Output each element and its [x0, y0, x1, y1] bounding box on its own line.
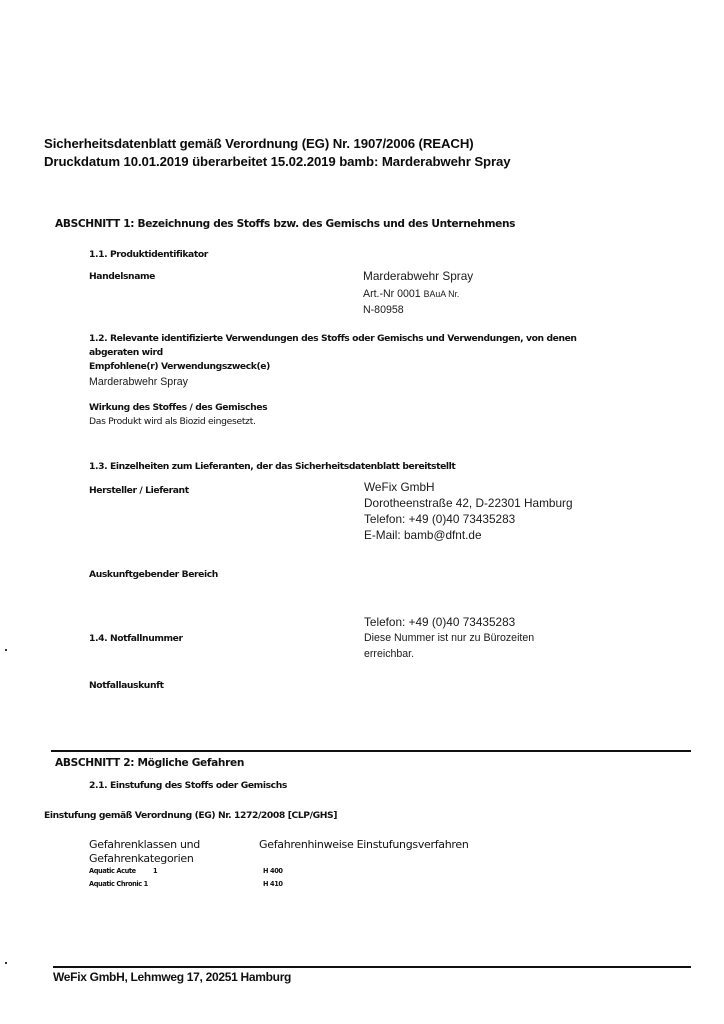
- baua-label: BAuA Nr.: [424, 289, 460, 299]
- table-header-class-line1: Gefahrenklassen und: [89, 838, 200, 852]
- article-number-value: Art.-Nr 0001: [363, 288, 421, 300]
- table-row-2-class: Aquatic Chronic 1: [89, 880, 148, 888]
- section-1-2-heading-line2: abgeraten wird: [89, 347, 163, 358]
- section-1-1-heading: 1.1. Produktidentifikator: [89, 249, 208, 260]
- margin-mark: [5, 962, 7, 964]
- table-row-1-category: 1: [153, 867, 157, 875]
- table-row-1-hazard: H 400: [263, 867, 283, 875]
- footer-address: WeFix GmbH, Lehmweg 17, 20251 Hamburg: [53, 970, 291, 984]
- section-2-title: ABSCHNITT 2: Mögliche Gefahren: [55, 757, 244, 769]
- table-header-hazard: Gefahrenhinweise Einstufungsverfahren: [259, 838, 469, 852]
- info-department-label: Auskunftgebender Bereich: [89, 569, 218, 580]
- trade-name-value: Marderabwehr Spray: [363, 268, 473, 284]
- section-1-title: ABSCHNITT 1: Bezeichnung des Stoffs bzw.…: [55, 218, 515, 230]
- usage-label: Empfohlene(r) Verwendungszweck(e): [89, 361, 270, 372]
- supplier-address: Dorotheenstraße 42, D-22301 Hamburg: [364, 495, 573, 511]
- supplier-email[interactable]: E-Mail: bamb@dfnt.de: [364, 527, 482, 543]
- article-number: Art.-Nr 0001 BAuA Nr.: [363, 287, 459, 301]
- footer-divider: [53, 966, 691, 968]
- effect-label: Wirkung des Stoffes / des Gemisches: [89, 402, 267, 413]
- effect-value: Das Produkt wird als Biozid eingesetzt.: [89, 416, 256, 427]
- table-row-2-hazard: H 410: [263, 880, 283, 888]
- usage-value: Marderabwehr Spray: [89, 375, 188, 389]
- trade-name-label: Handelsname: [89, 271, 155, 282]
- emergency-phone: Telefon: +49 (0)40 73435283: [364, 614, 515, 630]
- supplier-label: Hersteller / Lieferant: [89, 485, 189, 496]
- section-2-1-heading: 2.1. Einstufung des Stoffs oder Gemischs: [89, 780, 287, 791]
- table-header-class-line2: Gefahrenkategorien: [89, 852, 194, 866]
- section-1-3-heading: 1.3. Einzelheiten zum Lieferanten, der d…: [89, 461, 455, 472]
- emergency-note-line1: Diese Nummer ist nur zu Bürozeiten: [364, 631, 534, 645]
- supplier-company: WeFix GmbH: [364, 479, 435, 495]
- document-subtitle: Druckdatum 10.01.2019 überarbeitet 15.02…: [44, 154, 511, 169]
- section-1-2-heading-line1: 1.2. Relevante identifizierte Verwendung…: [89, 333, 577, 344]
- classification-regulation: Einstufung gemäß Verordnung (EG) Nr. 127…: [44, 810, 337, 821]
- emergency-number-heading: 1.4. Notfallnummer: [89, 633, 183, 644]
- supplier-phone: Telefon: +49 (0)40 73435283: [364, 511, 515, 527]
- emergency-note-line2: erreichbar.: [364, 647, 414, 661]
- section-divider: [51, 750, 691, 752]
- table-row-1-class: Aquatic Acute: [89, 867, 136, 875]
- baua-number: N-80958: [363, 303, 404, 317]
- emergency-info-label: Notfallauskunft: [89, 680, 164, 691]
- margin-mark: [5, 649, 7, 651]
- document-title: Sicherheitsdatenblatt gemäß Verordnung (…: [44, 136, 474, 151]
